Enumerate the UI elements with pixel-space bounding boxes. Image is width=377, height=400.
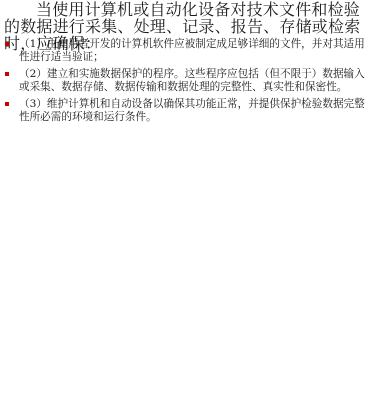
- square-bullet-icon: [5, 42, 9, 46]
- square-bullet-icon: [5, 102, 9, 106]
- list-item-text: （3）维护计算机和自动设备以确保其功能正常，并提供保护检验数据完整性所必需的环境…: [19, 98, 365, 123]
- requirements-list: （1）由使用者开发的计算机软件应被制定成足够详细的文件，并对其适用性进行适当验证…: [0, 38, 377, 128]
- list-item-text: （1）由使用者开发的计算机软件应被制定成足够详细的文件，并对其适用性进行适当验证…: [19, 38, 365, 63]
- list-item-text: （2）建立和实施数据保护的程序。这些程序应包括（但不限于）数据输入或采集、数据存…: [19, 68, 365, 93]
- list-item: （2）建立和实施数据保护的程序。这些程序应包括（但不限于）数据输入或采集、数据存…: [0, 68, 377, 94]
- list-item: （3）维护计算机和自动设备以确保其功能正常，并提供保护检验数据完整性所必需的环境…: [0, 98, 377, 124]
- list-item: （1）由使用者开发的计算机软件应被制定成足够详细的文件，并对其适用性进行适当验证…: [0, 38, 377, 64]
- square-bullet-icon: [5, 72, 9, 76]
